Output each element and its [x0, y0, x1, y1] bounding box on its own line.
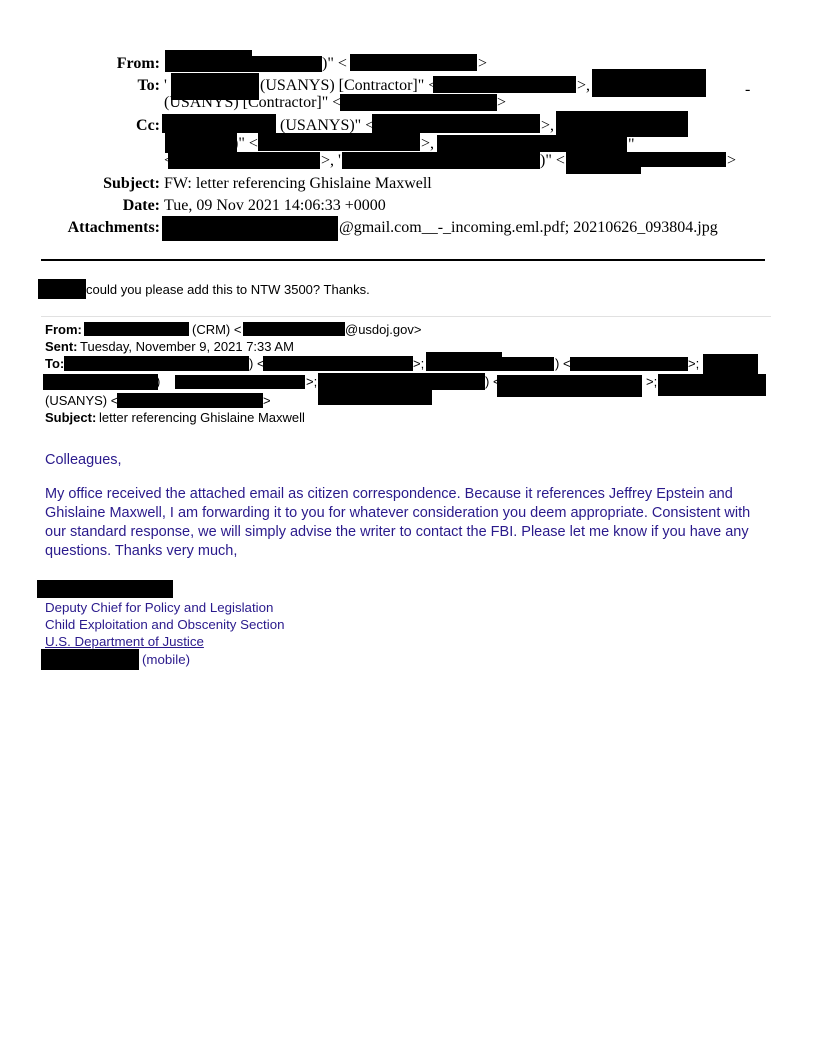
inner-to-text: (USANYS) < — [45, 394, 118, 407]
cc-text: >, — [541, 118, 554, 134]
to-text: (USANYS) [Contractor]" < — [260, 78, 437, 94]
redaction — [350, 54, 477, 71]
cc-text: > — [727, 153, 736, 169]
redaction — [566, 160, 641, 174]
email-document-page: From: )" < > To: ' (USANYS) [Contractor]… — [0, 0, 816, 1056]
greeting: Colleagues, — [45, 453, 122, 468]
redaction — [658, 374, 766, 396]
body-paragraph: My office received the attached email as… — [45, 485, 775, 561]
redaction — [437, 135, 627, 152]
header-divider — [41, 259, 765, 261]
attachments-label: Attachments: — [40, 220, 160, 236]
redaction — [162, 216, 338, 241]
redaction — [43, 374, 158, 390]
redaction — [703, 354, 758, 374]
redaction — [175, 375, 305, 389]
redaction — [556, 111, 688, 137]
signature-department: U.S. Department of Justice — [45, 633, 204, 650]
inner-subject-value: letter referencing Ghislaine Maxwell — [99, 411, 305, 424]
inner-to-text: ) < — [555, 357, 571, 370]
inner-to-text: >; — [306, 375, 317, 388]
from-text: )" < — [322, 56, 347, 72]
to-text: > — [497, 95, 506, 111]
redaction — [243, 322, 345, 336]
inner-to-text: > — [263, 394, 271, 407]
to-text: >, — [577, 78, 590, 94]
redaction — [168, 152, 320, 169]
redaction — [38, 279, 86, 299]
redaction — [342, 152, 540, 169]
redaction — [37, 580, 173, 598]
cc-text: >, — [421, 136, 434, 152]
signature-section: Child Exploitation and Obscenity Section — [45, 616, 284, 633]
redaction — [84, 322, 189, 336]
inner-to-label: To: — [45, 357, 64, 370]
inner-from-label: From: — [45, 323, 82, 336]
to-text: ' — [164, 78, 167, 94]
cc-label: Cc: — [90, 118, 160, 134]
forward-note: could you please add this to NTW 3500? T… — [86, 283, 370, 296]
to-label: To: — [90, 78, 160, 94]
date-label: Date: — [60, 198, 160, 214]
attachments-value[interactable]: @gmail.com__-_incoming.eml.pdf; 20210626… — [339, 220, 718, 236]
subject-value: FW: letter referencing Ghislaine Maxwell — [164, 176, 432, 192]
cc-text: (USANYS)" < — [280, 118, 374, 134]
to-text: (USANYS) [Contractor]" < — [164, 95, 341, 111]
redaction — [263, 356, 413, 371]
inner-from-text: (CRM) < — [192, 323, 241, 336]
signature-phone-suffix: (mobile) — [142, 651, 190, 668]
to-text: - — [745, 82, 750, 98]
date-value: Tue, 09 Nov 2021 14:06:33 +0000 — [164, 198, 386, 214]
subject-label: Subject: — [60, 176, 160, 192]
redaction — [41, 649, 139, 670]
signature-title: Deputy Chief for Policy and Legislation — [45, 599, 273, 616]
cc-text: )" < — [233, 136, 258, 152]
inner-to-text: >; — [688, 357, 699, 370]
from-label: From: — [90, 56, 160, 72]
quoted-message-divider — [41, 316, 771, 317]
inner-to-text: >; — [413, 357, 424, 370]
redaction — [426, 357, 554, 371]
redaction — [318, 386, 432, 405]
inner-to-text: >; — [646, 375, 657, 388]
redaction — [592, 69, 706, 97]
inner-sent-label: Sent: — [45, 340, 78, 353]
redaction — [165, 133, 237, 153]
redaction — [497, 375, 642, 397]
inner-sent-value: Tuesday, November 9, 2021 7:33 AM — [80, 340, 294, 353]
inner-from-text: @usdoj.gov> — [345, 323, 421, 336]
redaction — [372, 114, 540, 133]
redaction — [340, 94, 497, 111]
cc-text: )" < — [540, 153, 565, 169]
cc-text: " — [628, 137, 635, 153]
inner-subject-label: Subject: — [45, 411, 96, 424]
redaction — [258, 133, 420, 151]
redaction — [570, 357, 688, 371]
inner-to-text: ) — [156, 375, 160, 388]
redaction — [433, 76, 576, 93]
redaction — [64, 356, 249, 371]
redaction — [165, 56, 322, 72]
cc-text: >, ' — [321, 153, 341, 169]
from-text: > — [478, 56, 487, 72]
redaction — [117, 393, 263, 408]
redaction — [162, 114, 276, 133]
